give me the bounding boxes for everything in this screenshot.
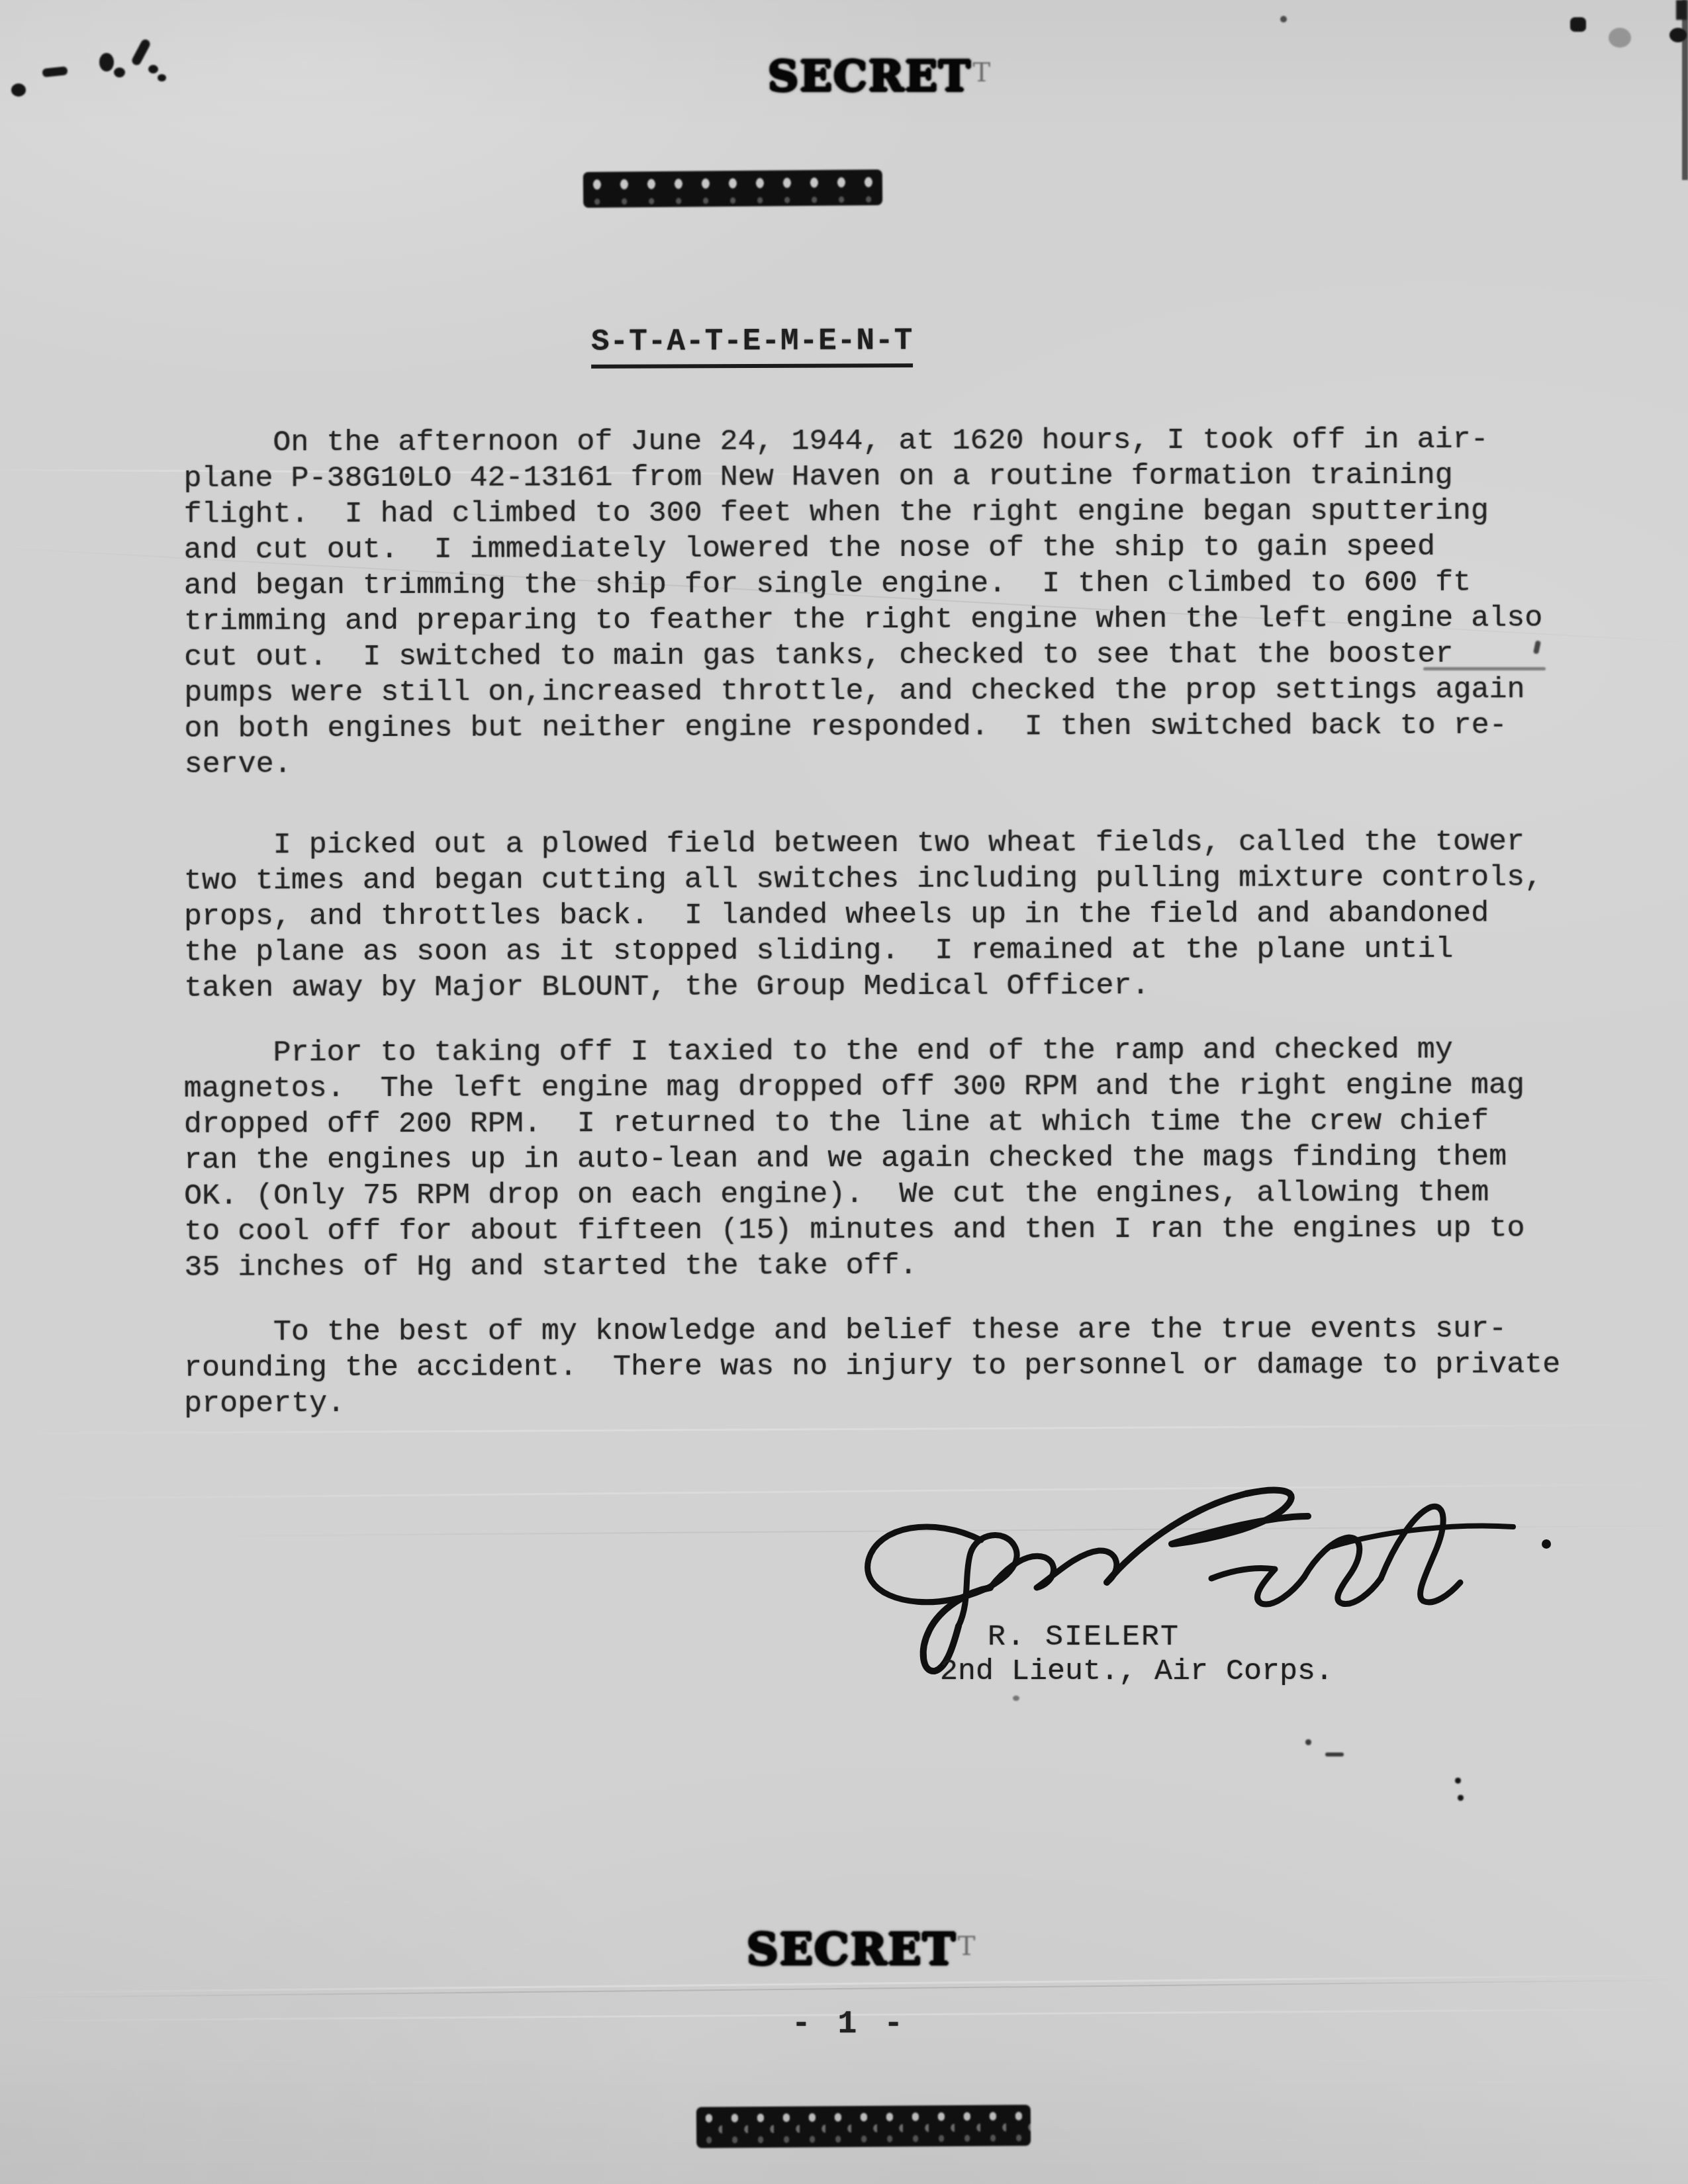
signature-name-line: R. SIELERT [988,1620,1180,1654]
scan-corner-blotch [1676,0,1687,20]
stray-mark [1325,1752,1344,1756]
redacted-overstrike-line-bottom [696,2105,1031,2148]
ink-speck [99,53,114,71]
handwritten-signature [841,1453,1582,1678]
statement-paragraph-3: Prior to taking off I taxied to the end … [184,1032,1601,1286]
statement-paragraph-2: I picked out a plowed field between two … [184,824,1601,1007]
stray-mark [1458,1795,1464,1801]
stray-mark [1305,1739,1311,1745]
stamp-ghost-letter: T [973,58,991,88]
scanned-document-page: { "document": { "classification": { "sta… [0,0,1688,2184]
redacted-overstrike-line-top [583,169,882,208]
ink-speck [114,68,125,77]
stamp-ghost-letter: T [958,1931,976,1962]
page-number: - 1 - [792,2007,907,2042]
statement-paragraph-1: On the afternoon of June 24, 1944, at 16… [183,422,1601,783]
crease-line [0,1424,1688,1434]
ink-speck [1669,28,1687,42]
signature-title-line: 2nd Lieut., Air Corps. [940,1655,1333,1688]
ink-speck [1280,16,1287,23]
ink-speck [1609,28,1631,48]
scan-edge-artifact [1682,0,1688,180]
ink-speck [1570,17,1586,32]
ink-speck [42,66,68,77]
ink-speck [158,74,166,81]
stamp-text: SECRET [747,1923,957,1975]
stamp-text: SECRET [768,52,972,101]
ink-speck [130,38,152,67]
ink-speck [11,83,26,97]
classification-stamp-bottom: SECRETT [747,1923,974,1975]
crease-line [0,1974,1688,1994]
statement-paragraph-4: To the best of my knowledge and belief t… [184,1311,1601,1422]
ink-speck [148,65,158,73]
classification-stamp-top: SECRETT [768,52,989,101]
stray-mark [1455,1778,1461,1784]
statement-heading: S-T-A-T-E-M-E-N-T [591,324,914,369]
crease-line [0,1979,1688,1999]
stray-mark [1013,1696,1019,1701]
